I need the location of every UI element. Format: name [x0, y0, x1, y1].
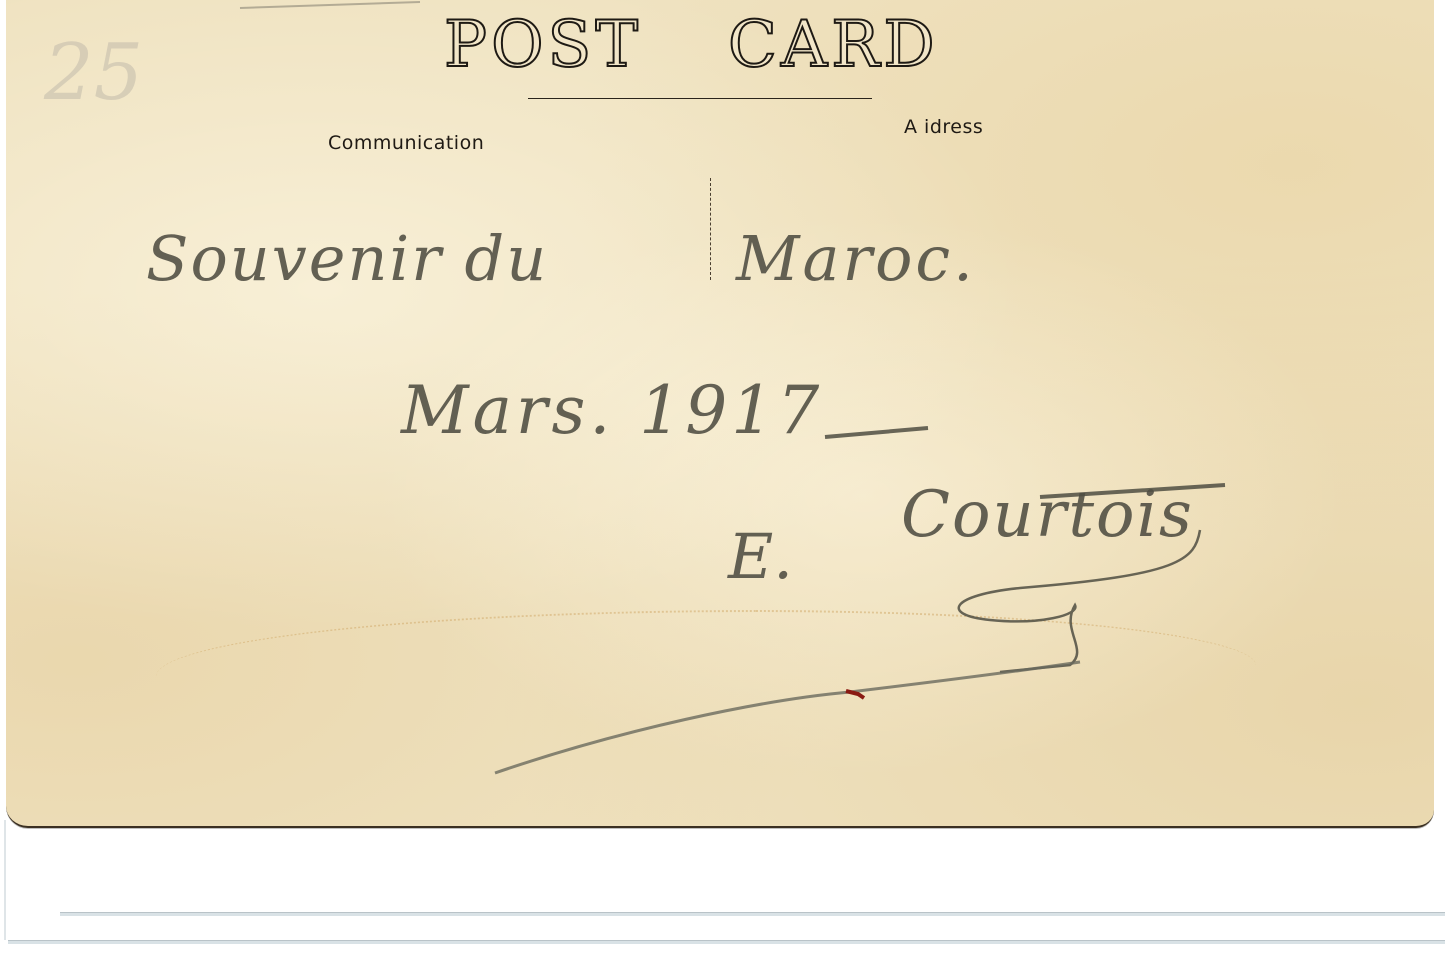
center-divider	[710, 178, 711, 280]
signature-initial: E.	[728, 520, 793, 593]
water-stain	[156, 610, 1256, 732]
sleeve-edge-lower	[8, 940, 1445, 944]
signature-name: Courtois	[901, 478, 1194, 552]
sleeve-edge-upper	[60, 912, 1445, 916]
postcard-back: 25 POST CARD Communication A idress Souv…	[6, 0, 1434, 828]
title-word-card: CARD	[728, 8, 939, 82]
address-label: A idress	[904, 116, 983, 138]
communication-label: Communication	[328, 132, 484, 154]
handwriting-place: Maroc.	[736, 222, 976, 295]
handwriting-souvenir: Souvenir du	[146, 222, 548, 295]
title-word-post: POST	[444, 8, 642, 82]
title-underline	[528, 98, 872, 99]
handwriting-date: Mars. 1917	[401, 372, 823, 449]
sleeve-left-edge	[4, 820, 6, 940]
pencil-number: 25	[44, 28, 143, 118]
